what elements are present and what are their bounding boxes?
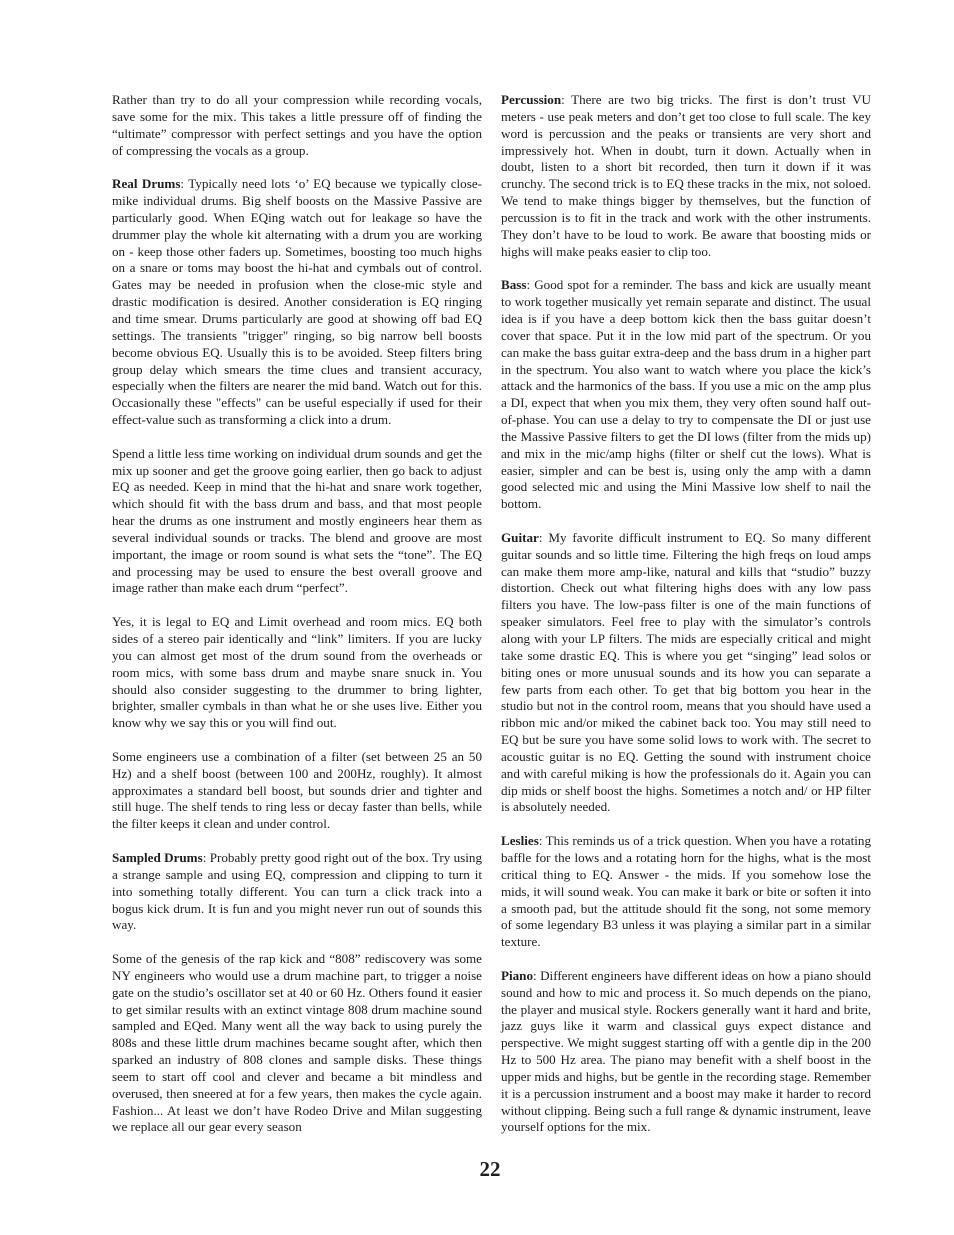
paragraph-text: : There are two big tricks. The first is… xyxy=(501,92,871,259)
paragraph-sampled-drums: Sampled Drums: Probably pretty good righ… xyxy=(112,850,482,934)
paragraph-text: Rather than try to do all your compressi… xyxy=(112,92,482,158)
paragraph-808-history: Some of the genesis of the rap kick and … xyxy=(112,951,482,1136)
paragraph-heading: Real Drums xyxy=(112,176,180,191)
paragraph-real-drums: Real Drums: Typically need lots ‘o’ EQ b… xyxy=(112,176,482,429)
paragraph-text: : This reminds us of a trick question. W… xyxy=(501,833,871,949)
paragraph-text: Yes, it is legal to EQ and Limit overhea… xyxy=(112,614,482,730)
paragraph-text: : Different engineers have different ide… xyxy=(501,968,871,1135)
paragraph-leslies: Leslies: This reminds us of a trick ques… xyxy=(501,833,871,951)
paragraph-filter-shelf: Some engineers use a combination of a fi… xyxy=(112,749,482,833)
paragraph-text: : Good spot for a reminder. The bass and… xyxy=(501,277,871,511)
paragraph-piano: Piano: Different engineers have differen… xyxy=(501,968,871,1136)
paragraph-heading: Sampled Drums xyxy=(112,850,203,865)
paragraph-text: : Typically need lots ‘o’ EQ because we … xyxy=(112,176,482,427)
paragraph-overheads: Yes, it is legal to EQ and Limit overhea… xyxy=(112,614,482,732)
paragraph-text: Some of the genesis of the rap kick and … xyxy=(112,951,482,1134)
paragraph-guitar: Guitar: My favorite difficult instrument… xyxy=(501,530,871,816)
paragraph-heading: Bass xyxy=(501,277,526,292)
paragraph-text: : My favorite difficult instrument to EQ… xyxy=(501,530,871,815)
left-column: Rather than try to do all your compressi… xyxy=(112,92,482,1153)
paragraph-drum-groove: Spend a little less time working on indi… xyxy=(112,446,482,598)
paragraph-heading: Leslies xyxy=(501,833,539,848)
paragraph-text: Spend a little less time working on indi… xyxy=(112,446,482,596)
paragraph-percussion: Percussion: There are two big tricks. Th… xyxy=(501,92,871,260)
paragraph-heading: Guitar xyxy=(501,530,539,545)
page-number: 22 xyxy=(0,1157,954,1182)
paragraph-heading: Percussion xyxy=(501,92,561,107)
paragraph-bass: Bass: Good spot for a reminder. The bass… xyxy=(501,277,871,513)
paragraph-vocal-compression: Rather than try to do all your compressi… xyxy=(112,92,482,159)
paragraph-heading: Piano xyxy=(501,968,533,983)
paragraph-text: Some engineers use a combination of a fi… xyxy=(112,749,482,831)
right-column: Percussion: There are two big tricks. Th… xyxy=(501,92,871,1153)
